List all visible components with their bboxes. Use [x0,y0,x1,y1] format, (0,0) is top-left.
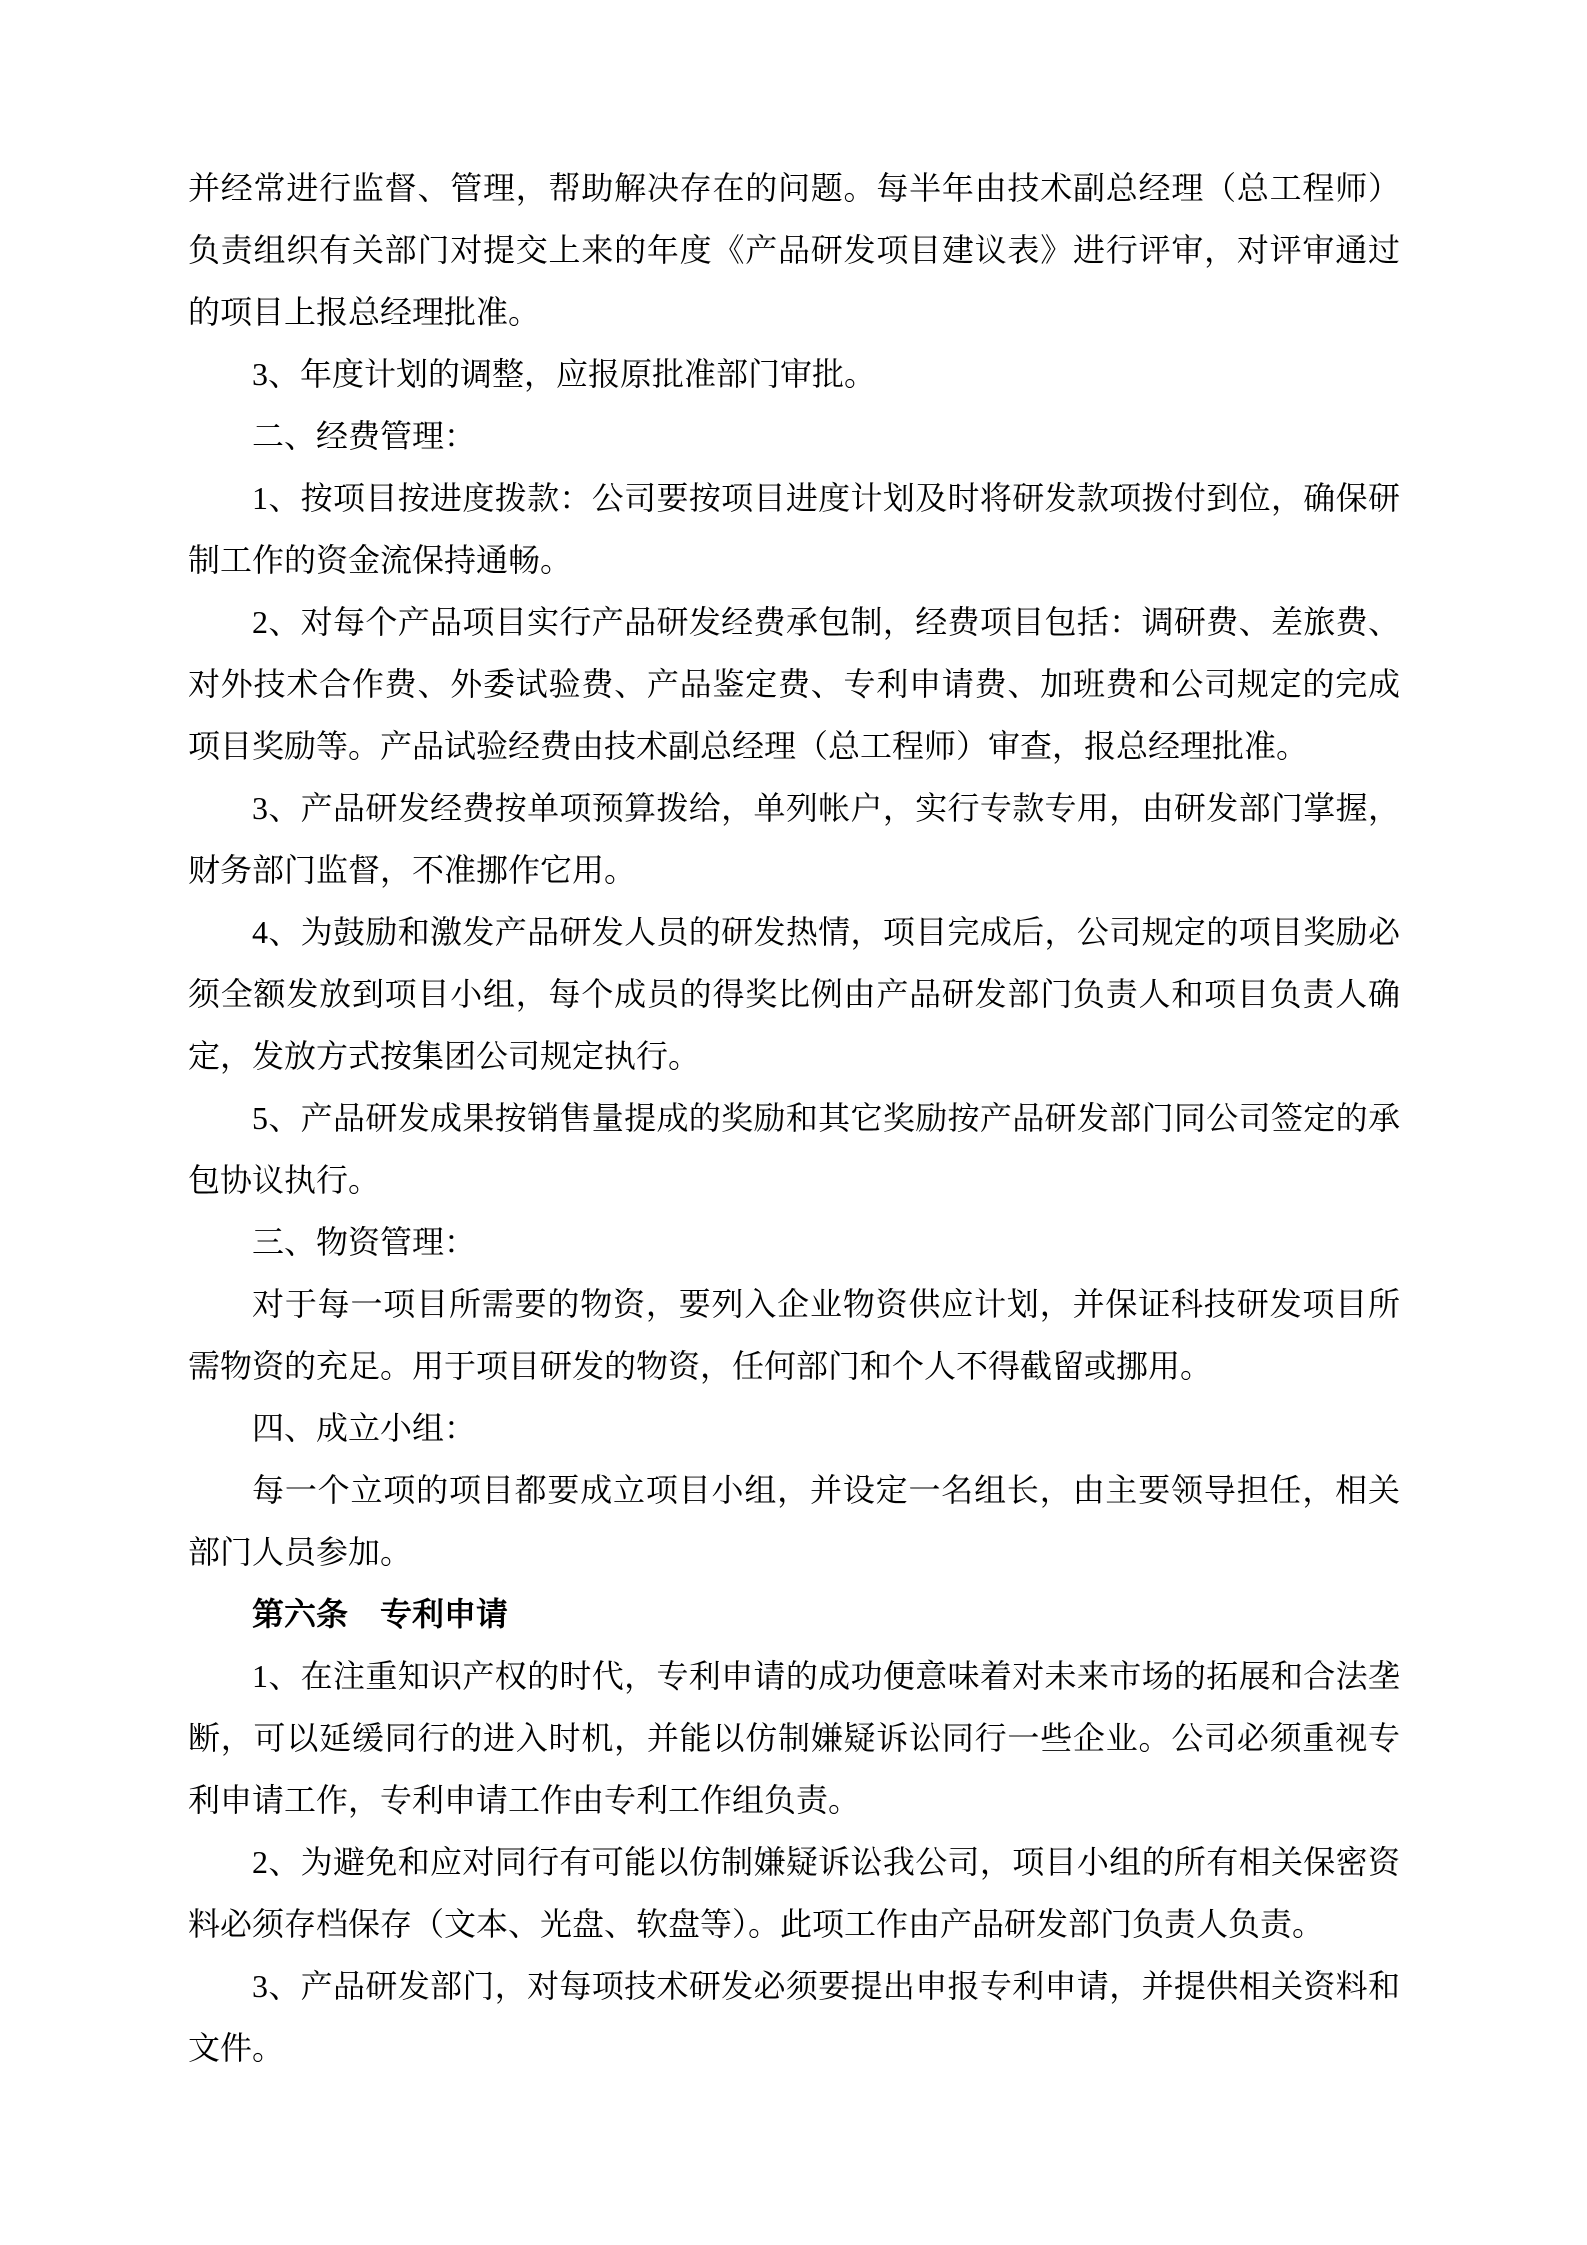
paragraph-continuation-supervision: 并经常进行监督、管理，帮助解决存在的问题。每半年由技术副总经理（总工程师）负责组… [188,157,1400,343]
paragraph-patent-item2-archive-confidential: 2、为避免和应对同行有可能以仿制嫌疑诉讼我公司，项目小组的所有相关保密资料必须存… [188,1831,1400,1955]
article-heading-patent-application: 第六条 专利申请 [188,1583,1400,1645]
paragraph-item3-annual-plan-adjustment: 3、年度计划的调整，应报原批准部门审批。 [188,343,1400,405]
paragraph-budget-item2-contract-system: 2、对每个产品项目实行产品研发经费承包制，经费项目包括：调研费、差旅费、对外技术… [188,591,1400,777]
document-page: 并经常进行监督、管理，帮助解决存在的问题。每半年由技术副总经理（总工程师）负责组… [0,0,1587,2245]
paragraph-budget-item1-progress-payment: 1、按项目按进度拨款：公司要按项目进度计划及时将研发款项拨付到位，确保研制工作的… [188,467,1400,591]
paragraph-patent-item3-filing-requirement: 3、产品研发部门，对每项技术研发必须要提出申报专利申请，并提供相关资料和文件。 [188,1955,1400,2079]
section-heading-budget-management: 二、经费管理： [188,405,1400,467]
paragraph-materials-supply-plan: 对于每一项目所需要的物资，要列入企业物资供应计划，并保证科技研发项目所需物资的充… [188,1273,1400,1397]
section-heading-team-formation: 四、成立小组： [188,1397,1400,1459]
section-heading-materials-management: 三、物资管理： [188,1211,1400,1273]
paragraph-project-team-setup: 每一个立项的项目都要成立项目小组，并设定一名组长，由主要领导担任，相关部门人员参… [188,1459,1400,1583]
paragraph-budget-item4-project-rewards: 4、为鼓励和激发产品研发人员的研发热情，项目完成后，公司规定的项目奖励必须全额发… [188,901,1400,1087]
paragraph-budget-item5-sales-commission: 5、产品研发成果按销售量提成的奖励和其它奖励按产品研发部门同公司签定的承包协议执… [188,1087,1400,1211]
paragraph-patent-item1-ip-importance: 1、在注重知识产权的时代，专利申请的成功便意味着对未来市场的拓展和合法垄断，可以… [188,1645,1400,1831]
paragraph-budget-item3-dedicated-funds: 3、产品研发经费按单项预算拨给，单列帐户，实行专款专用，由研发部门掌握，财务部门… [188,777,1400,901]
